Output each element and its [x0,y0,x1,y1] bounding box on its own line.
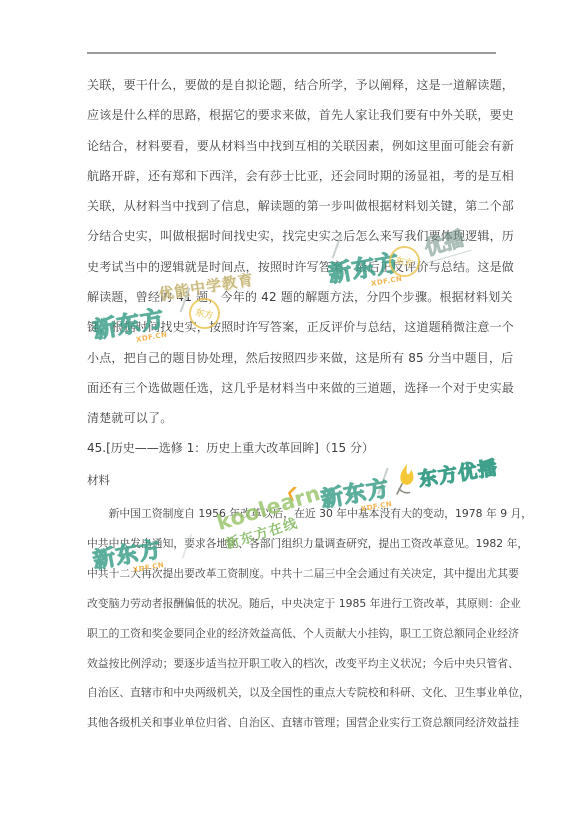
text-line: 职工的工资和奖金要同企业的经济效益高低、个人贡献大小挂钩，职工工资总额同企业经济 [87,619,501,649]
text-line: 史考试当中的逻辑就是时间点，按照时许写答案，最后正反评价与总结。这是做 [87,252,501,282]
text-line: 关联，要干什么，要做的是自拟论题，结合所学，予以阐释，这是一道解读题， [87,70,501,100]
text-line: 应该是什么样的思路，根据它的要求来做，首先人家让我们要有中外关联，要史 [87,100,501,130]
text-line: 解读题，曾经的 41 题，今年的 42 题的解题方法，分四个步骤。根据材料划关 [87,282,501,312]
text-line: 中共十二大再次提出要改革工资制度。中共十二届三中全会通过有关决定，其中提出尤其要 [87,559,501,589]
text-line: 关联，从材料当中找到了信息，解读题的第一步叫做根据材料划关键，第二个部 [87,191,501,221]
commentary-paragraph: 关联，要干什么，要做的是自拟论题，结合所学，予以阐释，这是一道解读题，应该是什么… [87,70,501,434]
text-line: 效益按比例浮动；要逐步适当拉开职工收入的档次，改变平均主义状况；今后中央只管省、 [87,649,501,679]
text-line: 新中国工资制度自 1956 年改革以后，在近 30 年中基本没有大的变动，197… [87,499,501,529]
text-line: 航路开辟，还有郑和下西洋，会有莎士比亚，还会同时期的汤显祖，考的是互相 [87,161,501,191]
material-label: 材料 [87,465,501,495]
question-heading: 45.[历史——选修 1：历史上重大改革回眸]（15 分） [87,433,501,463]
text-line: 小点，把自己的题目协处理，然后按照四步来做，这是所有 85 分当中题目，后 [87,343,501,373]
text-line: 自治区、直辖市和中央两级机关，以及全国性的重点大专院校和科研、文化、卫生事业单位… [87,678,501,708]
text-line: 中共中央发出通知，要求各地区、各部门组织力量调查研究，提出工资改革意见。1982… [87,529,501,559]
material-paragraph: 新中国工资制度自 1956 年改革以后，在近 30 年中基本没有大的变动，197… [87,499,501,738]
text-line: 清楚就可以了。 [87,403,501,433]
document-page: 关联，要干什么，要做的是自拟论题，结合所学，予以阐释，这是一道解读题，应该是什么… [0,0,580,820]
text-line: 面还有三个选做题任选，这几乎是材料当中来做的三道题，选择一个对于史实最 [87,373,501,403]
top-divider [87,52,496,54]
text-line: 分结合史实，叫做根据时间找史实，找完史实之后怎么来写我们要体现逻辑，历 [87,221,501,251]
text-line: 论结合，材料要看，要从材料当中找到互相的关联因素，例如这里面可能会有新 [87,131,501,161]
text-line: 键，根据时间找史实，按照时许写答案，正反评价与总结，这道题稍微注意一个 [87,312,501,342]
text-line: 改变脑力劳动者报酬偏低的状况。随后，中央决定于 1985 年进行工资改革，其原则… [87,589,501,619]
text-line: 其他各级机关和事业单位归省、自治区、直辖市管理；国营企业实行工资总额同经济效益挂 [87,708,501,738]
